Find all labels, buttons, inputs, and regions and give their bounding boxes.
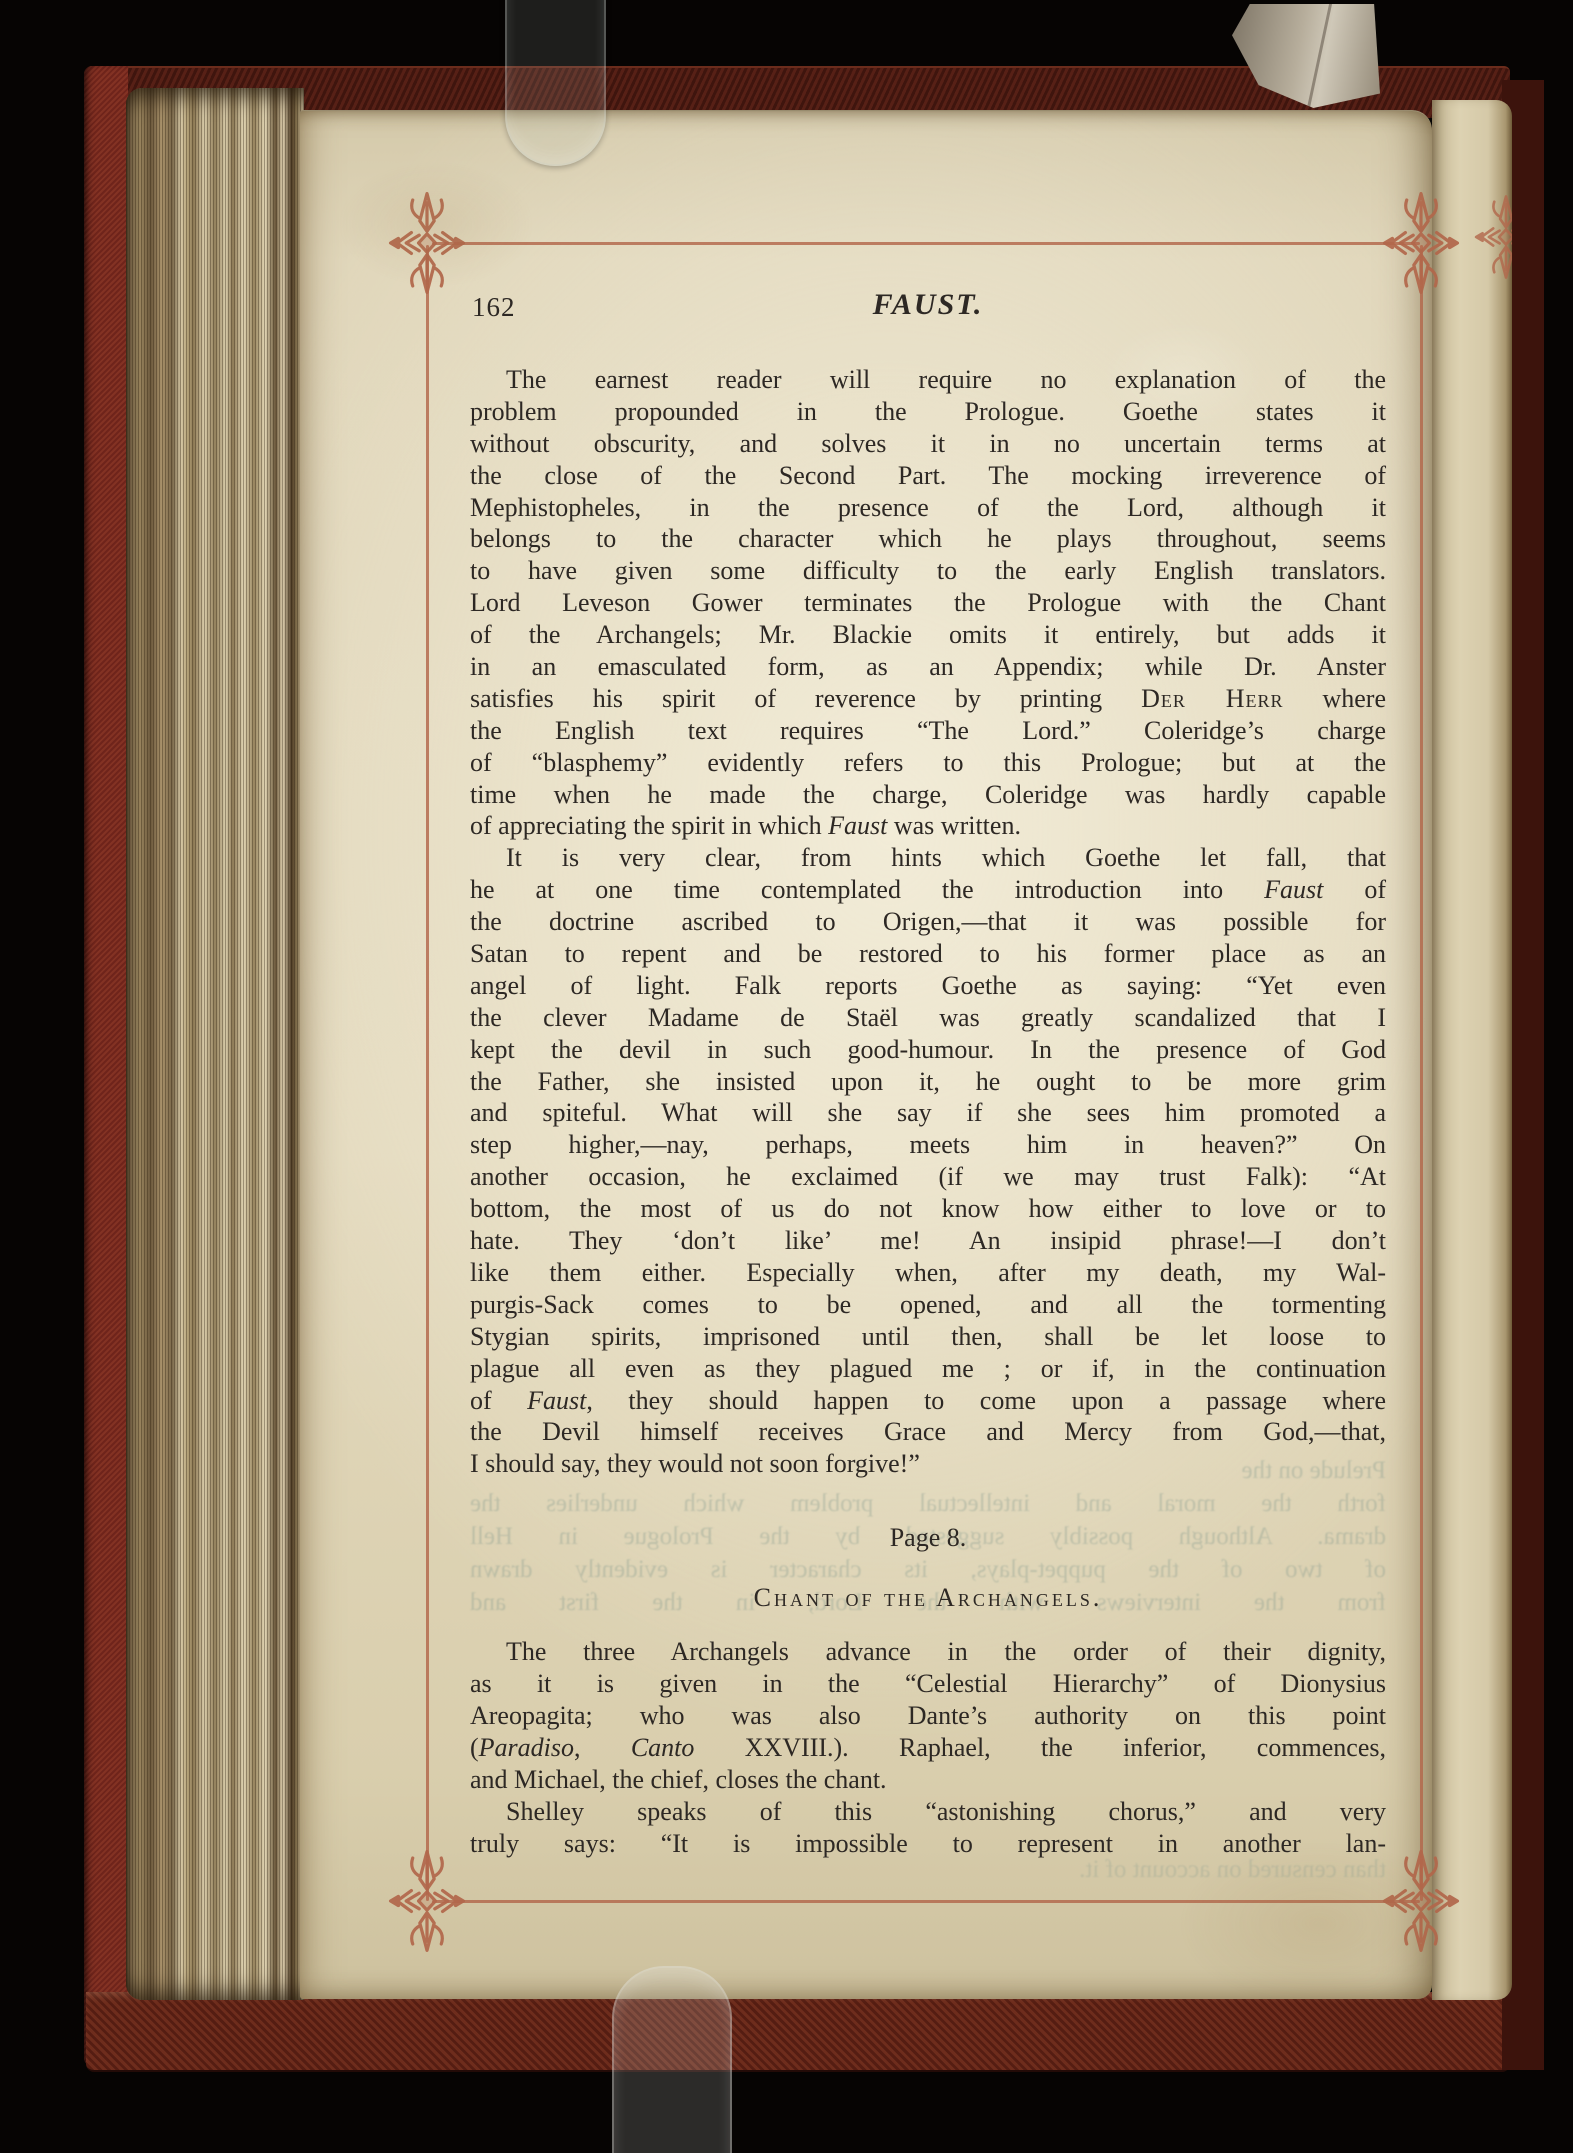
text-line: belongs to the character which he plays … [470, 523, 1386, 555]
text-line: bottom, the most of us do not know how e… [470, 1193, 1386, 1225]
running-title: FAUST. [873, 288, 984, 322]
text-line: hate. They ‘don’t like’ me! An insipid p… [470, 1225, 1386, 1257]
text-line: Mephistopheles, in the presence of the L… [470, 492, 1386, 524]
page-text-block: 162 FAUST. The earnest reader will requi… [470, 290, 1386, 1859]
text-line: like them either. Especially when, after… [470, 1257, 1386, 1289]
bookmark-fold [1307, 4, 1332, 108]
text-line: of Faust, they should happen to come upo… [470, 1385, 1386, 1417]
cross-ornament-icon [388, 191, 466, 295]
plastic-strap-bottom [612, 1966, 732, 2153]
border-line-left [426, 245, 429, 1901]
border-line-right [1420, 245, 1423, 1901]
book-page: Prelude on theforth the moral and intell… [300, 110, 1432, 1999]
text-line: problem propounded in the Prologue. Goet… [470, 396, 1386, 428]
text-line: in an emasculated form, as an Appendix; … [470, 651, 1386, 683]
text-line: truly says: “It is impossible to represe… [470, 1828, 1386, 1860]
book-photo-scene: Prelude on theforth the moral and intell… [0, 0, 1573, 2153]
text-line: Shelley speaks of this “astonishing chor… [470, 1796, 1386, 1828]
paragraph: The three Archangels advance in the orde… [470, 1636, 1386, 1795]
text-line: the Father, she insisted upon it, he oug… [470, 1066, 1386, 1098]
text-line: he at one time contemplated the introduc… [470, 874, 1386, 906]
border-line-bottom [432, 1900, 1420, 1903]
text-line: the close of the Second Part. The mockin… [470, 460, 1386, 492]
text-line: of “blasphemy” evidently refers to this … [470, 747, 1386, 779]
page-header: 162 FAUST. [470, 290, 1386, 326]
text-line: It is very clear, from hints which Goeth… [470, 842, 1386, 874]
cross-ornament-icon [388, 1849, 466, 1953]
paragraph: Shelley speaks of this “astonishing chor… [470, 1796, 1386, 1860]
text-line: another occasion, he exclaimed (if we ma… [470, 1161, 1386, 1193]
cross-ornament-icon [1474, 194, 1512, 280]
text-line: and spiteful. What will she say if she s… [470, 1097, 1386, 1129]
text-line: and Michael, the chief, closes the chant… [470, 1764, 1386, 1796]
text-line: satisfies his spirit of reverence by pri… [470, 683, 1386, 715]
text-line: Satan to repent and be restored to his f… [470, 938, 1386, 970]
text-line: of appreciating the spirit in which Faus… [470, 810, 1386, 842]
text-line: plague all even as they plagued me ; or … [470, 1353, 1386, 1385]
paragraph: It is very clear, from hints which Goeth… [470, 842, 1386, 1480]
page-number: 162 [472, 292, 516, 323]
plastic-strap-top [505, 0, 606, 166]
text-line: as it is given in the “Celestial Hierarc… [470, 1668, 1386, 1700]
text-line: the English text requires “The Lord.” Co… [470, 715, 1386, 747]
text-line: of the Archangels; Mr. Blackie omits it … [470, 619, 1386, 651]
text-line: I should say, they would not soon forgiv… [470, 1448, 1386, 1480]
border-line-top [432, 242, 1420, 245]
text-line: Stygian spirits, imprisoned until then, … [470, 1321, 1386, 1353]
text-line: angel of light. Falk reports Goethe as s… [470, 970, 1386, 1002]
cross-ornament-icon [1382, 191, 1460, 295]
text-line: kept the devil in such good-humour. In t… [470, 1034, 1386, 1066]
text-line: the clever Madame de Staël was greatly s… [470, 1002, 1386, 1034]
text-line: the doctrine ascribed to Origen,—that it… [470, 906, 1386, 938]
text-line: (Paradiso, Canto XXVIII.). Raphael, the … [470, 1732, 1386, 1764]
book-cover-bottom-edge [86, 1992, 1510, 2072]
page-content: The earnest reader will require no expla… [470, 364, 1386, 1859]
text-line: step higher,—nay, perhaps, meets him in … [470, 1129, 1386, 1161]
book-cover-left-edge [84, 66, 128, 2066]
text-line: without obscurity, and solves it in no u… [470, 428, 1386, 460]
section-heading: Page 8. [470, 1521, 1386, 1555]
section-heading: Chant of the Archangels. [470, 1581, 1386, 1615]
text-line: The earnest reader will require no expla… [470, 364, 1386, 396]
text-line: Lord Leveson Gower terminates the Prolog… [470, 587, 1386, 619]
text-line: time when he made the charge, Coleridge … [470, 779, 1386, 811]
text-line: to have given some difficulty to the ear… [470, 555, 1386, 587]
text-line: purgis-Sack comes to be opened, and all … [470, 1289, 1386, 1321]
cross-ornament-icon [1382, 1849, 1460, 1953]
page-stack-fore-edge [126, 88, 304, 2000]
paragraph: The earnest reader will require no expla… [470, 364, 1386, 842]
text-line: Areopagita; who was also Dante’s authori… [470, 1700, 1386, 1732]
text-line: the Devil himself receives Grace and Mer… [470, 1416, 1386, 1448]
next-page-edge [1432, 100, 1512, 2000]
text-line: The three Archangels advance in the orde… [470, 1636, 1386, 1668]
